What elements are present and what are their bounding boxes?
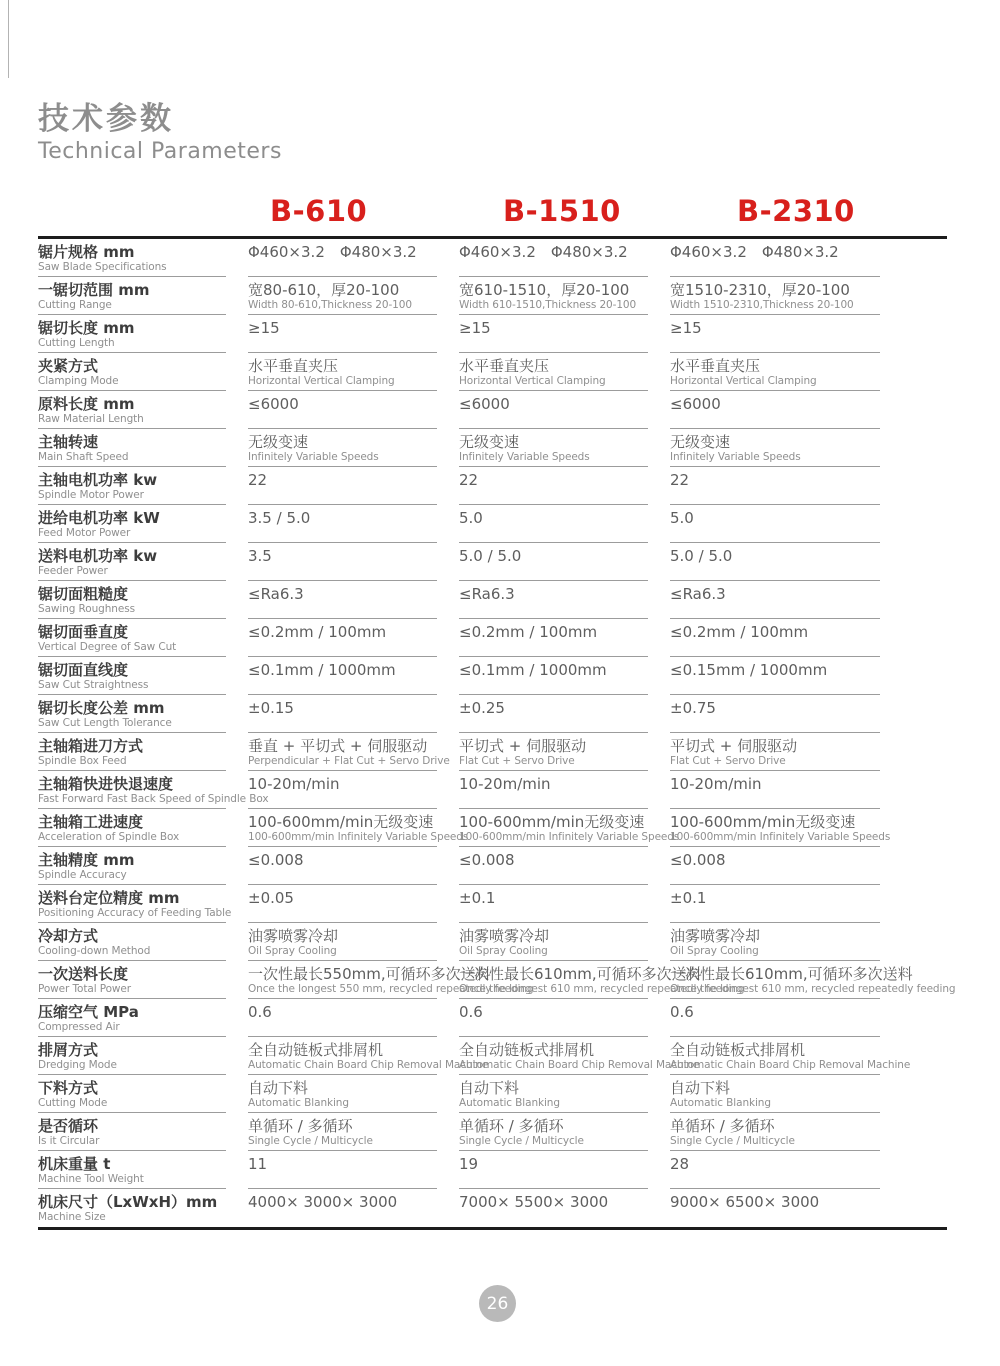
spec-value-sub: Automatic Chain Board Chip Removal Machi… bbox=[248, 1059, 437, 1072]
row-label-cell: 夹紧方式 Clamping Mode bbox=[38, 353, 226, 391]
row-label-zh: 主轴箱进刀方式 bbox=[38, 738, 226, 755]
row-label-cell: 锯片规格 mm Saw Blade Specifications bbox=[38, 239, 226, 277]
table-row: 主轴箱快进快退速度 Fast Forward Fast Back Speed o… bbox=[38, 771, 947, 809]
page-number: 26 bbox=[487, 1294, 509, 1314]
row-label-cell: 机床重量 t Machine Tool Weight bbox=[38, 1151, 226, 1189]
spec-cell: ≤0.15mm / 1000mm bbox=[670, 657, 880, 695]
spec-value-sub: Flat Cut + Servo Drive bbox=[670, 755, 880, 768]
spec-cell: 垂直 + 平切式 + 伺服驱动 Perpendicular + Flat Cut… bbox=[248, 733, 437, 771]
spec-cell: Φ460×3.2 Φ480×3.2 bbox=[670, 239, 880, 277]
spec-cell: ≤0.008 bbox=[670, 847, 880, 885]
spec-cell: 11 bbox=[248, 1151, 437, 1189]
table-row: 主轴精度 mm Spindle Accuracy ≤0.008 ≤0.008 ≤… bbox=[38, 847, 947, 885]
row-label-zh: 送料电机功率 kw bbox=[38, 548, 226, 565]
spec-cell: ≤0.008 bbox=[459, 847, 648, 885]
spec-cell: 3.5 bbox=[248, 543, 437, 581]
spec-value-main: 平切式 + 伺服驱动 bbox=[670, 738, 880, 755]
spec-value-main: 0.6 bbox=[248, 1004, 437, 1021]
model-header-row: B-610 B-1510 B-2310 bbox=[0, 194, 1000, 236]
row-label-en: Machine Size bbox=[38, 1211, 226, 1224]
table-row: 进给电机功率 kW Feed Motor Power 3.5 / 5.0 5.0… bbox=[38, 505, 947, 543]
spec-cell: 5.0 bbox=[670, 505, 880, 543]
table-row: 送料台定位精度 mm Positioning Accuracy of Feedi… bbox=[38, 885, 947, 923]
table-row: 一次送料长度 Power Total Power 一次性最长550mm,可循环多… bbox=[38, 961, 947, 999]
spec-value-main: 自动下料 bbox=[459, 1080, 648, 1097]
row-label-zh: 主轴箱快进快退速度 bbox=[38, 776, 226, 793]
spec-value-main: ≤Ra6.3 bbox=[670, 586, 880, 603]
spec-value-main: ≤0.008 bbox=[670, 852, 880, 869]
spec-cell: 油雾喷雾冷却 Oil Spray Cooling bbox=[670, 923, 880, 961]
row-label-zh: 锯切长度公差 mm bbox=[38, 700, 226, 717]
row-label-zh: 机床尺寸（LxWxH）mm bbox=[38, 1194, 226, 1211]
spec-value-sub: Once the longest 550 mm, recycled repeat… bbox=[248, 983, 437, 996]
spec-cell: 3.5 / 5.0 bbox=[248, 505, 437, 543]
spec-cell: 22 bbox=[459, 467, 648, 505]
spec-cell: 自动下料 Automatic Blanking bbox=[459, 1075, 648, 1113]
row-label-zh: 冷却方式 bbox=[38, 928, 226, 945]
table-row: 锯切面粗糙度 Sawing Roughness ≤Ra6.3 ≤Ra6.3 ≤R… bbox=[38, 581, 947, 619]
spec-value-main: 100-600mm/min无级变速 bbox=[670, 814, 880, 831]
row-label-en: Saw Cut Straightness bbox=[38, 679, 226, 692]
spec-value-sub: 100-600mm/min Infinitely Variable Speeds bbox=[670, 831, 880, 844]
spec-value-sub: Automatic Blanking bbox=[670, 1097, 880, 1110]
row-label-en: Saw Blade Specifications bbox=[38, 261, 226, 274]
spec-cell: 宽610-1510，厚20-100 Width 610-1510,Thickne… bbox=[459, 277, 648, 315]
spec-value-main: ±0.1 bbox=[670, 890, 880, 907]
table-row: 冷却方式 Cooling-down Method 油雾喷雾冷却 Oil Spra… bbox=[38, 923, 947, 961]
row-label-cell: 主轴箱工进速度 Acceleration of Spindle Box bbox=[38, 809, 226, 847]
row-label-cell: 主轴箱进刀方式 Spindle Box Feed bbox=[38, 733, 226, 771]
spec-value-main: ≥15 bbox=[459, 320, 648, 337]
table-row: 锯片规格 mm Saw Blade Specifications Φ460×3.… bbox=[38, 239, 947, 277]
spec-value-main: ≤6000 bbox=[670, 396, 880, 413]
spec-value-main: 9000× 6500× 3000 bbox=[670, 1194, 880, 1211]
row-label-cell: 送料台定位精度 mm Positioning Accuracy of Feedi… bbox=[38, 885, 226, 923]
row-label-zh: 锯切面垂直度 bbox=[38, 624, 226, 641]
row-label-cell: 锯切长度 mm Cutting Length bbox=[38, 315, 226, 353]
spec-cell: 油雾喷雾冷却 Oil Spray Cooling bbox=[459, 923, 648, 961]
spec-cell: 平切式 + 伺服驱动 Flat Cut + Servo Drive bbox=[670, 733, 880, 771]
spec-cell: ±0.15 bbox=[248, 695, 437, 733]
table-row: 下料方式 Cutting Mode 自动下料 Automatic Blankin… bbox=[38, 1075, 947, 1113]
spec-value-main: 19 bbox=[459, 1156, 648, 1173]
row-label-zh: 锯切面直线度 bbox=[38, 662, 226, 679]
row-label-cell: 锯切长度公差 mm Saw Cut Length Tolerance bbox=[38, 695, 226, 733]
spec-value-main: 宽80-610，厚20-100 bbox=[248, 282, 437, 299]
spec-value-main: 3.5 / 5.0 bbox=[248, 510, 437, 527]
row-label-zh: 夹紧方式 bbox=[38, 358, 226, 375]
spec-cell: 5.0 bbox=[459, 505, 648, 543]
table-row: 主轴箱工进速度 Acceleration of Spindle Box 100-… bbox=[38, 809, 947, 847]
spec-cell: 宽1510-2310，厚20-100 Width 1510-2310,Thick… bbox=[670, 277, 880, 315]
row-label-zh: 主轴电机功率 kw bbox=[38, 472, 226, 489]
row-label-en: Feeder Power bbox=[38, 565, 226, 578]
spec-value-main: ≥15 bbox=[670, 320, 880, 337]
spec-cell: ≤0.2mm / 100mm bbox=[459, 619, 648, 657]
spec-value-sub: 100-600mm/min Infinitely Variable Speeds bbox=[248, 831, 437, 844]
spec-value-main: ±0.15 bbox=[248, 700, 437, 717]
spec-value-main: 水平垂直夹压 bbox=[459, 358, 648, 375]
table-row: 主轴转速 Main Shaft Speed 无级变速 Infinitely Va… bbox=[38, 429, 947, 467]
model-header-b1510: B-1510 bbox=[503, 194, 621, 228]
spec-value-main: 3.5 bbox=[248, 548, 437, 565]
spec-value-main: 单循环 / 多循环 bbox=[459, 1118, 648, 1135]
spec-value-main: 0.6 bbox=[459, 1004, 648, 1021]
row-label-zh: 进给电机功率 kW bbox=[38, 510, 226, 527]
spec-cell: 0.6 bbox=[248, 999, 437, 1037]
spec-cell: Φ460×3.2 Φ480×3.2 bbox=[459, 239, 648, 277]
row-label-en: Compressed Air bbox=[38, 1021, 226, 1034]
spec-cell: ≥15 bbox=[670, 315, 880, 353]
row-label-cell: 主轴精度 mm Spindle Accuracy bbox=[38, 847, 226, 885]
spec-value-sub: Horizontal Vertical Clamping bbox=[670, 375, 880, 388]
row-label-en: Fast Forward Fast Back Speed of Spindle … bbox=[38, 793, 226, 806]
row-label-en: Spindle Box Feed bbox=[38, 755, 226, 768]
spec-value-main: ±0.75 bbox=[670, 700, 880, 717]
spec-value-main: 油雾喷雾冷却 bbox=[459, 928, 648, 945]
spec-cell: 19 bbox=[459, 1151, 648, 1189]
spec-value-sub: Single Cycle / Multicycle bbox=[459, 1135, 648, 1148]
row-label-en: Dredging Mode bbox=[38, 1059, 226, 1072]
spec-value-main: 11 bbox=[248, 1156, 437, 1173]
spec-value-main: ≤0.1mm / 1000mm bbox=[248, 662, 437, 679]
spec-cell: 0.6 bbox=[459, 999, 648, 1037]
spec-cell: ≤6000 bbox=[670, 391, 880, 429]
row-label-en: Cutting Length bbox=[38, 337, 226, 350]
spec-value-main: ≤Ra6.3 bbox=[248, 586, 437, 603]
table-row: 锯切面垂直度 Vertical Degree of Saw Cut ≤0.2mm… bbox=[38, 619, 947, 657]
spec-cell: ≤0.2mm / 100mm bbox=[248, 619, 437, 657]
spec-cell: 100-600mm/min无级变速 100-600mm/min Infinite… bbox=[248, 809, 437, 847]
spec-value-sub: Automatic Chain Board Chip Removal Machi… bbox=[670, 1059, 880, 1072]
spec-value-main: 22 bbox=[670, 472, 880, 489]
row-label-zh: 下料方式 bbox=[38, 1080, 226, 1097]
row-label-cell: 进给电机功率 kW Feed Motor Power bbox=[38, 505, 226, 543]
spec-cell: 无级变速 Infinitely Variable Speeds bbox=[459, 429, 648, 467]
spec-cell: 0.6 bbox=[670, 999, 880, 1037]
spec-value-main: 5.0 / 5.0 bbox=[670, 548, 880, 565]
spec-value-main: ≤0.008 bbox=[248, 852, 437, 869]
row-label-en: Is it Circular bbox=[38, 1135, 226, 1148]
spec-value-sub: Infinitely Variable Speeds bbox=[248, 451, 437, 464]
spec-value-main: ±0.05 bbox=[248, 890, 437, 907]
spec-value-main: 28 bbox=[670, 1156, 880, 1173]
spec-cell: 一次性最长550mm,可循环多次送料 Once the longest 550 … bbox=[248, 961, 437, 999]
row-label-en: Saw Cut Length Tolerance bbox=[38, 717, 226, 730]
spec-value-main: ≤0.008 bbox=[459, 852, 648, 869]
row-label-cell: 排屑方式 Dredging Mode bbox=[38, 1037, 226, 1075]
spec-cell: 一次性最长610mm,可循环多次送料 Once the longest 610 … bbox=[459, 961, 648, 999]
spec-cell: 自动下料 Automatic Blanking bbox=[248, 1075, 437, 1113]
spec-cell: 单循环 / 多循环 Single Cycle / Multicycle bbox=[670, 1113, 880, 1151]
spec-value-main: ≤0.15mm / 1000mm bbox=[670, 662, 880, 679]
spec-cell: 一次性最长610mm,可循环多次送料 Once the longest 610 … bbox=[670, 961, 880, 999]
spec-cell: ≤6000 bbox=[248, 391, 437, 429]
spec-cell: 平切式 + 伺服驱动 Flat Cut + Servo Drive bbox=[459, 733, 648, 771]
spec-value-main: 垂直 + 平切式 + 伺服驱动 bbox=[248, 738, 437, 755]
spec-cell: 单循环 / 多循环 Single Cycle / Multicycle bbox=[459, 1113, 648, 1151]
spec-cell: 22 bbox=[670, 467, 880, 505]
row-label-cell: 是否循环 Is it Circular bbox=[38, 1113, 226, 1151]
row-label-en: Main Shaft Speed bbox=[38, 451, 226, 464]
spec-cell: ≥15 bbox=[248, 315, 437, 353]
spec-value-main: 5.0 bbox=[459, 510, 648, 527]
row-label-cell: 一锯切范围 mm Cutting Range bbox=[38, 277, 226, 315]
spec-value-main: 5.0 / 5.0 bbox=[459, 548, 648, 565]
spec-value-main: ≤6000 bbox=[248, 396, 437, 413]
spec-value-main: 0.6 bbox=[670, 1004, 880, 1021]
row-label-en: Spindle Accuracy bbox=[38, 869, 226, 882]
table-row: 原料长度 mm Raw Material Length ≤6000 ≤6000 … bbox=[38, 391, 947, 429]
spec-cell: 7000× 5500× 3000 bbox=[459, 1189, 648, 1227]
spec-cell: 5.0 / 5.0 bbox=[670, 543, 880, 581]
model-header-b610: B-610 bbox=[270, 194, 367, 228]
spec-value-sub: Width 1510-2310,Thickness 20-100 bbox=[670, 299, 880, 312]
row-label-zh: 压缩空气 MPa bbox=[38, 1004, 226, 1021]
spec-value-main: ≤0.2mm / 100mm bbox=[248, 624, 437, 641]
row-label-en: Cutting Range bbox=[38, 299, 226, 312]
spec-cell: 全自动链板式排屑机 Automatic Chain Board Chip Rem… bbox=[670, 1037, 880, 1075]
page-title-block: 技术参数 Technical Parameters bbox=[38, 102, 282, 164]
spec-cell: ≤6000 bbox=[459, 391, 648, 429]
row-label-zh: 原料长度 mm bbox=[38, 396, 226, 413]
spec-cell: ≤0.2mm / 100mm bbox=[670, 619, 880, 657]
spec-value-sub: Single Cycle / Multicycle bbox=[248, 1135, 437, 1148]
spec-value-main: 无级变速 bbox=[248, 434, 437, 451]
spec-cell: ±0.05 bbox=[248, 885, 437, 923]
row-label-cell: 机床尺寸（LxWxH）mm Machine Size bbox=[38, 1189, 226, 1227]
row-label-zh: 主轴箱工进速度 bbox=[38, 814, 226, 831]
spec-value-main: ≤Ra6.3 bbox=[459, 586, 648, 603]
spec-value-main: ≤6000 bbox=[459, 396, 648, 413]
row-label-cell: 冷却方式 Cooling-down Method bbox=[38, 923, 226, 961]
row-label-cell: 下料方式 Cutting Mode bbox=[38, 1075, 226, 1113]
row-label-en: Machine Tool Weight bbox=[38, 1173, 226, 1186]
spec-value-main: 7000× 5500× 3000 bbox=[459, 1194, 648, 1211]
row-label-en: Sawing Roughness bbox=[38, 603, 226, 616]
spec-value-main: 100-600mm/min无级变速 bbox=[459, 814, 648, 831]
table-row: 锯切长度 mm Cutting Length ≥15 ≥15 ≥15 bbox=[38, 315, 947, 353]
model-header-b2310: B-2310 bbox=[737, 194, 855, 228]
row-label-zh: 一次送料长度 bbox=[38, 966, 226, 983]
spec-value-main: 5.0 bbox=[670, 510, 880, 527]
page-corner-mark bbox=[8, 0, 9, 78]
row-label-cell: 锯切面粗糙度 Sawing Roughness bbox=[38, 581, 226, 619]
spec-value-sub: Flat Cut + Servo Drive bbox=[459, 755, 648, 768]
spec-cell: ±0.25 bbox=[459, 695, 648, 733]
spec-cell: 100-600mm/min无级变速 100-600mm/min Infinite… bbox=[670, 809, 880, 847]
spec-cell: ±0.1 bbox=[670, 885, 880, 923]
spec-value-main: 自动下料 bbox=[670, 1080, 880, 1097]
spec-value-sub: Infinitely Variable Speeds bbox=[459, 451, 648, 464]
spec-value-sub: Horizontal Vertical Clamping bbox=[459, 375, 648, 388]
spec-cell: 10-20m/min bbox=[670, 771, 880, 809]
table-row: 机床尺寸（LxWxH）mm Machine Size 4000× 3000× 3… bbox=[38, 1189, 947, 1227]
spec-value-main: Φ460×3.2 Φ480×3.2 bbox=[248, 244, 437, 261]
row-label-en: Cooling-down Method bbox=[38, 945, 226, 958]
spec-value-main: ≤0.2mm / 100mm bbox=[459, 624, 648, 641]
spec-value-main: 4000× 3000× 3000 bbox=[248, 1194, 437, 1211]
spec-cell: 28 bbox=[670, 1151, 880, 1189]
row-label-en: Positioning Accuracy of Feeding Table bbox=[38, 907, 226, 920]
spec-cell: 100-600mm/min无级变速 100-600mm/min Infinite… bbox=[459, 809, 648, 847]
spec-value-main: 22 bbox=[459, 472, 648, 489]
spec-cell: ≤0.1mm / 1000mm bbox=[248, 657, 437, 695]
spec-cell: 无级变速 Infinitely Variable Speeds bbox=[248, 429, 437, 467]
spec-cell: 水平垂直夹压 Horizontal Vertical Clamping bbox=[248, 353, 437, 391]
spec-cell: 水平垂直夹压 Horizontal Vertical Clamping bbox=[459, 353, 648, 391]
row-label-zh: 锯切面粗糙度 bbox=[38, 586, 226, 603]
spec-table-body: 锯片规格 mm Saw Blade Specifications Φ460×3.… bbox=[38, 239, 947, 1227]
spec-value-main: ±0.25 bbox=[459, 700, 648, 717]
spec-cell: 4000× 3000× 3000 bbox=[248, 1189, 437, 1227]
spec-value-main: 宽1510-2310，厚20-100 bbox=[670, 282, 880, 299]
row-label-en: Feed Motor Power bbox=[38, 527, 226, 540]
table-row: 锯切面直线度 Saw Cut Straightness ≤0.1mm / 100… bbox=[38, 657, 947, 695]
spec-value-main: 一次性最长610mm,可循环多次送料 bbox=[459, 966, 648, 983]
spec-cell: 无级变速 Infinitely Variable Speeds bbox=[670, 429, 880, 467]
spec-value-sub: Oil Spray Cooling bbox=[459, 945, 648, 958]
spec-cell: 10-20m/min bbox=[459, 771, 648, 809]
spec-value-sub: Infinitely Variable Speeds bbox=[670, 451, 880, 464]
spec-cell: Φ460×3.2 Φ480×3.2 bbox=[248, 239, 437, 277]
spec-value-sub: Single Cycle / Multicycle bbox=[670, 1135, 880, 1148]
spec-cell: ≤0.1mm / 1000mm bbox=[459, 657, 648, 695]
row-label-en: Clamping Mode bbox=[38, 375, 226, 388]
spec-value-sub: Width 80-610,Thickness 20-100 bbox=[248, 299, 437, 312]
table-row: 是否循环 Is it Circular 单循环 / 多循环 Single Cyc… bbox=[38, 1113, 947, 1151]
spec-value-main: 全自动链板式排屑机 bbox=[670, 1042, 880, 1059]
row-label-zh: 主轴转速 bbox=[38, 434, 226, 451]
row-label-cell: 主轴转速 Main Shaft Speed bbox=[38, 429, 226, 467]
spec-value-main: 10-20m/min bbox=[670, 776, 880, 793]
spec-value-main: 全自动链板式排屑机 bbox=[248, 1042, 437, 1059]
spec-value-main: 10-20m/min bbox=[248, 776, 437, 793]
table-row: 主轴箱进刀方式 Spindle Box Feed 垂直 + 平切式 + 伺服驱动… bbox=[38, 733, 947, 771]
spec-value-main: Φ460×3.2 Φ480×3.2 bbox=[459, 244, 648, 261]
row-label-en: Acceleration of Spindle Box bbox=[38, 831, 226, 844]
spec-value-sub: Once the longest 610 mm, recycled repeat… bbox=[670, 983, 880, 996]
spec-cell: ±0.1 bbox=[459, 885, 648, 923]
spec-cell: 自动下料 Automatic Blanking bbox=[670, 1075, 880, 1113]
spec-cell: ≤Ra6.3 bbox=[248, 581, 437, 619]
spec-cell: ≥15 bbox=[459, 315, 648, 353]
spec-value-main: 一次性最长550mm,可循环多次送料 bbox=[248, 966, 437, 983]
spec-value-main: ≤0.2mm / 100mm bbox=[670, 624, 880, 641]
row-label-cell: 压缩空气 MPa Compressed Air bbox=[38, 999, 226, 1037]
row-label-zh: 主轴精度 mm bbox=[38, 852, 226, 869]
table-row: 送料电机功率 kw Feeder Power 3.5 5.0 / 5.0 5.0… bbox=[38, 543, 947, 581]
spec-value-sub: Automatic Chain Board Chip Removal Machi… bbox=[459, 1059, 648, 1072]
spec-cell: 单循环 / 多循环 Single Cycle / Multicycle bbox=[248, 1113, 437, 1151]
row-label-en: Cutting Mode bbox=[38, 1097, 226, 1110]
spec-value-sub: Oil Spray Cooling bbox=[248, 945, 437, 958]
spec-value-main: 油雾喷雾冷却 bbox=[670, 928, 880, 945]
row-label-cell: 一次送料长度 Power Total Power bbox=[38, 961, 226, 999]
spec-cell: 水平垂直夹压 Horizontal Vertical Clamping bbox=[670, 353, 880, 391]
page-title: 技术参数 bbox=[38, 102, 282, 136]
spec-value-main: 自动下料 bbox=[248, 1080, 437, 1097]
spec-value-main: Φ460×3.2 Φ480×3.2 bbox=[670, 244, 880, 261]
spec-value-main: 无级变速 bbox=[670, 434, 880, 451]
spec-value-main: ±0.1 bbox=[459, 890, 648, 907]
spec-value-main: 单循环 / 多循环 bbox=[670, 1118, 880, 1135]
spec-value-sub: Perpendicular + Flat Cut + Servo Drive bbox=[248, 755, 437, 768]
row-label-cell: 锯切面垂直度 Vertical Degree of Saw Cut bbox=[38, 619, 226, 657]
row-label-zh: 送料台定位精度 mm bbox=[38, 890, 226, 907]
row-label-cell: 送料电机功率 kw Feeder Power bbox=[38, 543, 226, 581]
table-row: 主轴电机功率 kw Spindle Motor Power 22 22 22 bbox=[38, 467, 947, 505]
spec-value-main: 平切式 + 伺服驱动 bbox=[459, 738, 648, 755]
row-label-zh: 锯片规格 mm bbox=[38, 244, 226, 261]
row-label-en: Spindle Motor Power bbox=[38, 489, 226, 502]
page-number-badge: 26 bbox=[479, 1285, 516, 1322]
row-label-cell: 主轴箱快进快退速度 Fast Forward Fast Back Speed o… bbox=[38, 771, 226, 809]
row-label-zh: 锯切长度 mm bbox=[38, 320, 226, 337]
row-label-cell: 锯切面直线度 Saw Cut Straightness bbox=[38, 657, 226, 695]
page-subtitle: Technical Parameters bbox=[38, 139, 282, 164]
row-label-en: Vertical Degree of Saw Cut bbox=[38, 641, 226, 654]
spec-cell: 全自动链板式排屑机 Automatic Chain Board Chip Rem… bbox=[248, 1037, 437, 1075]
table-row: 机床重量 t Machine Tool Weight 11 19 28 bbox=[38, 1151, 947, 1189]
spec-cell: ≤Ra6.3 bbox=[459, 581, 648, 619]
spec-value-main: 油雾喷雾冷却 bbox=[248, 928, 437, 945]
spec-cell: 油雾喷雾冷却 Oil Spray Cooling bbox=[248, 923, 437, 961]
spec-value-main: 无级变速 bbox=[459, 434, 648, 451]
spec-value-sub: Automatic Blanking bbox=[248, 1097, 437, 1110]
spec-value-main: 全自动链板式排屑机 bbox=[459, 1042, 648, 1059]
row-label-cell: 原料长度 mm Raw Material Length bbox=[38, 391, 226, 429]
table-row: 排屑方式 Dredging Mode 全自动链板式排屑机 Automatic C… bbox=[38, 1037, 947, 1075]
table-row: 夹紧方式 Clamping Mode 水平垂直夹压 Horizontal Ver… bbox=[38, 353, 947, 391]
table-row: 压缩空气 MPa Compressed Air 0.6 0.6 0.6 bbox=[38, 999, 947, 1037]
spec-value-main: 水平垂直夹压 bbox=[670, 358, 880, 375]
spec-value-sub: Horizontal Vertical Clamping bbox=[248, 375, 437, 388]
spec-cell: ±0.75 bbox=[670, 695, 880, 733]
spec-value-main: 一次性最长610mm,可循环多次送料 bbox=[670, 966, 880, 983]
row-label-en: Power Total Power bbox=[38, 983, 226, 996]
row-label-zh: 机床重量 t bbox=[38, 1156, 226, 1173]
spec-value-main: 10-20m/min bbox=[459, 776, 648, 793]
spec-value-sub: Width 610-1510,Thickness 20-100 bbox=[459, 299, 648, 312]
spec-value-sub: Oil Spray Cooling bbox=[670, 945, 880, 958]
spec-value-main: ≤0.1mm / 1000mm bbox=[459, 662, 648, 679]
spec-cell: 9000× 6500× 3000 bbox=[670, 1189, 880, 1227]
spec-value-main: 100-600mm/min无级变速 bbox=[248, 814, 437, 831]
spec-value-main: 水平垂直夹压 bbox=[248, 358, 437, 375]
table-row: 锯切长度公差 mm Saw Cut Length Tolerance ±0.15… bbox=[38, 695, 947, 733]
row-label-zh: 一锯切范围 mm bbox=[38, 282, 226, 299]
spec-cell: 宽80-610，厚20-100 Width 80-610,Thickness 2… bbox=[248, 277, 437, 315]
row-label-en: Raw Material Length bbox=[38, 413, 226, 426]
spec-value-main: 宽610-1510，厚20-100 bbox=[459, 282, 648, 299]
spec-value-main: 22 bbox=[248, 472, 437, 489]
spec-value-sub: 100-600mm/min Infinitely Variable Speeds bbox=[459, 831, 648, 844]
spec-cell: ≤0.008 bbox=[248, 847, 437, 885]
spec-table: 锯片规格 mm Saw Blade Specifications Φ460×3.… bbox=[38, 236, 947, 1230]
row-label-zh: 是否循环 bbox=[38, 1118, 226, 1135]
spec-cell: 22 bbox=[248, 467, 437, 505]
spec-cell: 全自动链板式排屑机 Automatic Chain Board Chip Rem… bbox=[459, 1037, 648, 1075]
spec-cell: 10-20m/min bbox=[248, 771, 437, 809]
spec-value-sub: Once the longest 610 mm, recycled repeat… bbox=[459, 983, 648, 996]
row-label-zh: 排屑方式 bbox=[38, 1042, 226, 1059]
row-label-cell: 主轴电机功率 kw Spindle Motor Power bbox=[38, 467, 226, 505]
spec-cell: ≤Ra6.3 bbox=[670, 581, 880, 619]
spec-value-main: 单循环 / 多循环 bbox=[248, 1118, 437, 1135]
spec-cell: 5.0 / 5.0 bbox=[459, 543, 648, 581]
table-row: 一锯切范围 mm Cutting Range 宽80-610，厚20-100 W… bbox=[38, 277, 947, 315]
